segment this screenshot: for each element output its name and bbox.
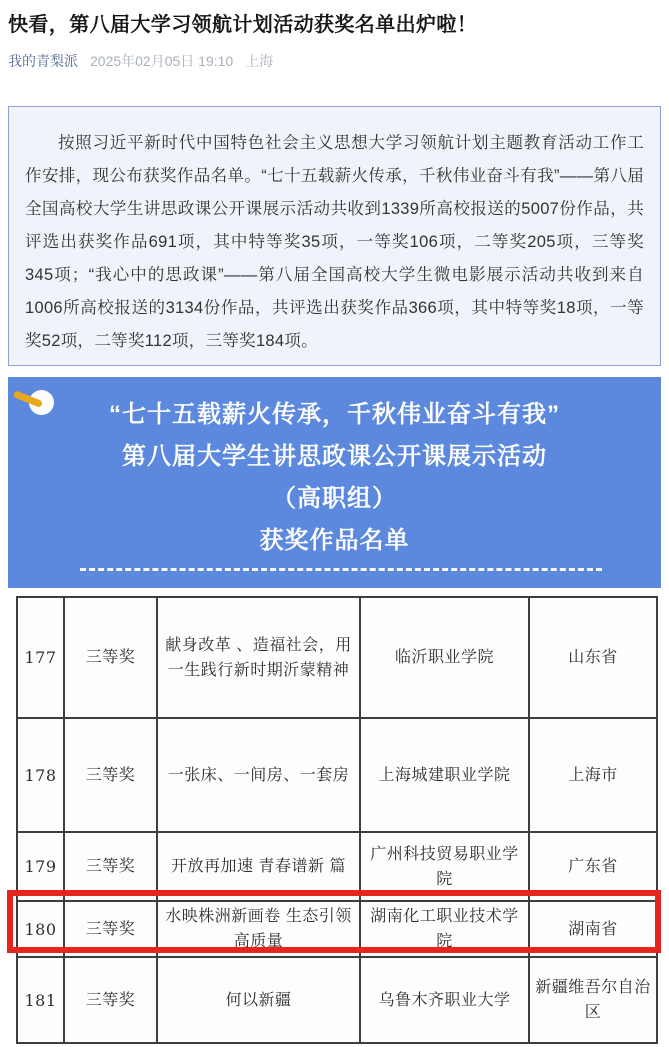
row-number-cell: 181 [17, 957, 64, 1043]
work-title-cell: 水映株洲新画卷 生态引领高质量 [157, 901, 360, 957]
table-row: 177 三等奖 献身改革 、造福社会，用一生践行新时期沂蒙精神 临沂职业学院 山… [17, 597, 657, 718]
row-number-cell: 178 [17, 718, 64, 832]
school-cell: 临沂职业学院 [360, 597, 529, 718]
row-number-cell: 180 [17, 901, 64, 957]
school-cell: 上海城建职业学院 [360, 718, 529, 832]
row-number-cell: 179 [17, 832, 64, 901]
publish-timestamp: 2025年02月05日 19:10 [90, 52, 233, 70]
banner-group-line: （高职组） [8, 478, 661, 520]
publish-location: 上海 [245, 52, 273, 70]
award-cell: 三等奖 [64, 597, 157, 718]
dashed-divider [80, 568, 602, 571]
table-row: 179 三等奖 开放再加速 青春谱新 篇 广州科技贸易职业学院 广东省 [17, 832, 657, 901]
row-number-cell: 177 [17, 597, 64, 718]
intro-paragraph: 按照习近平新时代中国特色社会主义思想大学习领航计划主题教育活动工作工作安排，现公… [25, 127, 644, 358]
awards-table: 177 三等奖 献身改革 、造福社会，用一生践行新时期沂蒙精神 临沂职业学院 山… [16, 596, 658, 1044]
school-cell: 乌鲁木齐职业大学 [360, 957, 529, 1043]
province-cell: 湖南省 [529, 901, 657, 957]
award-cell: 三等奖 [64, 957, 157, 1043]
award-cell: 三等奖 [64, 901, 157, 957]
article-page: 快看，第八届大学习领航计划活动获奖名单出炉啦！ 我的青梨派 2025年02月05… [0, 0, 669, 1047]
banner-activity-line: 第八届大学生讲思政课公开课展示活动 [8, 436, 661, 478]
table-row-highlighted: 180 三等奖 水映株洲新画卷 生态引领高质量 湖南化工职业技术学院 湖南省 [17, 901, 657, 957]
page-title: 快看，第八届大学习领航计划活动获奖名单出炉啦！ [0, 0, 669, 40]
work-title-cell: 开放再加速 青春谱新 篇 [157, 832, 360, 901]
account-link[interactable]: 我的青梨派 [8, 52, 78, 70]
school-cell: 广州科技贸易职业学院 [360, 832, 529, 901]
intro-box: 按照习近平新时代中国特色社会主义思想大学习领航计划主题教育活动工作工作安排，现公… [8, 106, 661, 366]
awards-table-wrap: 177 三等奖 献身改革 、造福社会，用一生践行新时期沂蒙精神 临沂职业学院 山… [16, 596, 656, 1044]
province-cell: 山东省 [529, 597, 657, 718]
work-title-cell: 何以新疆 [157, 957, 360, 1043]
banner-theme-line: “七十五载薪火传承，千秋伟业奋斗有我” [8, 394, 661, 436]
banner-list-line: 获奖作品名单 [8, 520, 661, 562]
province-cell: 广东省 [529, 832, 657, 901]
work-title-cell: 献身改革 、造福社会，用一生践行新时期沂蒙精神 [157, 597, 360, 718]
table-row: 181 三等奖 何以新疆 乌鲁木齐职业大学 新疆维吾尔自治区 [17, 957, 657, 1043]
byline: 我的青梨派 2025年02月05日 19:10 上海 [0, 52, 669, 70]
table-row: 178 三等奖 一张床、一间房、一套房 上海城建职业学院 上海市 [17, 718, 657, 832]
school-cell: 湖南化工职业技术学院 [360, 901, 529, 957]
award-cell: 三等奖 [64, 718, 157, 832]
award-banner: “七十五载薪火传承，千秋伟业奋斗有我” 第八届大学生讲思政课公开课展示活动 （高… [8, 377, 661, 588]
work-title-cell: 一张床、一间房、一套房 [157, 718, 360, 832]
province-cell: 上海市 [529, 718, 657, 832]
province-cell: 新疆维吾尔自治区 [529, 957, 657, 1043]
award-cell: 三等奖 [64, 832, 157, 901]
pushpin-icon [12, 383, 62, 425]
